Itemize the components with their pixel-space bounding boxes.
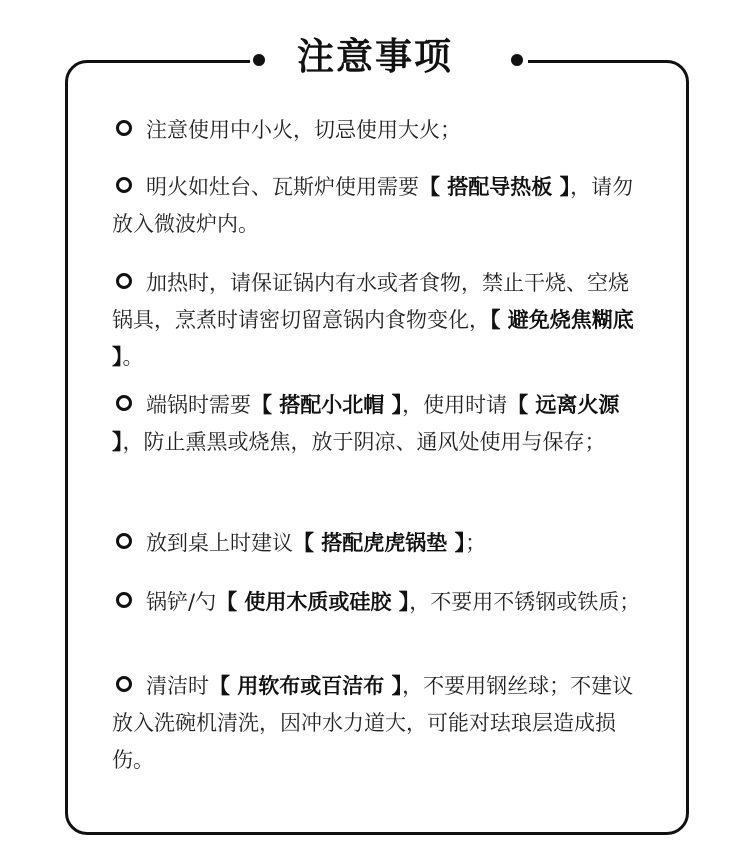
list-item: 明火如灶台、瓦斯炉使用需要【 搭配导热板 】，请勿放入微波炉内。 (112, 169, 642, 243)
item-text: 锅铲/勺 (146, 590, 216, 614)
list-item: 清洁时【 用软布或百洁布 】，不要用钢丝球；不建议放入洗碗机清洗，因冲水力道大，… (112, 668, 642, 779)
circle-bullet-icon (116, 273, 132, 289)
item-emphasis: 【 使用木质或硅胶 】 (216, 590, 409, 614)
list-item: 锅铲/勺【 使用木质或硅胶 】，不要用不锈钢或铁质； (112, 584, 642, 621)
item-emphasis: 【 用软布或百洁布 】 (209, 674, 402, 698)
item-text: ，使用时请 (402, 393, 507, 417)
list-item: 端锅时需要【 搭配小北帽 】，使用时请【 远离火源 】，防止熏黑或烧焦，放于阴凉… (112, 387, 642, 461)
item-text: 明火如灶台、瓦斯炉使用需要 (146, 175, 419, 199)
page-title: 注意事项 (0, 32, 750, 82)
circle-bullet-icon (116, 177, 132, 193)
list-item: 放到桌上时建议【 搭配虎虎锅垫 】； (112, 525, 642, 562)
circle-bullet-icon (116, 120, 132, 136)
item-text: 清洁时 (146, 674, 209, 698)
item-text: 。 (123, 345, 144, 369)
item-text: ； (465, 531, 486, 555)
list-item: 加热时，请保证锅内有水或者食物，禁止干烧、空烧锅具，烹煮时请密切留意锅内食物变化… (112, 265, 642, 376)
circle-bullet-icon (116, 395, 132, 411)
list-item: 注意使用中小火，切忌使用大火； (112, 112, 642, 149)
item-text: 端锅时需要 (146, 393, 251, 417)
circle-bullet-icon (116, 533, 132, 549)
item-text: 放到桌上时建议 (146, 531, 293, 555)
item-text: ，不要用不锈钢或铁质； (409, 590, 640, 614)
circle-bullet-icon (116, 592, 132, 608)
item-emphasis: 【 搭配虎虎锅垫 】 (293, 531, 465, 555)
circle-bullet-icon (116, 676, 132, 692)
item-emphasis: 【 搭配小北帽 】 (251, 393, 402, 417)
item-text: 注意使用中小火，切忌使用大火； (146, 118, 461, 142)
item-text: ，防止熏黑或烧焦，放于阴凉、通风处使用与保存； (123, 430, 606, 454)
item-emphasis: 【 搭配导热板 】 (419, 175, 570, 199)
